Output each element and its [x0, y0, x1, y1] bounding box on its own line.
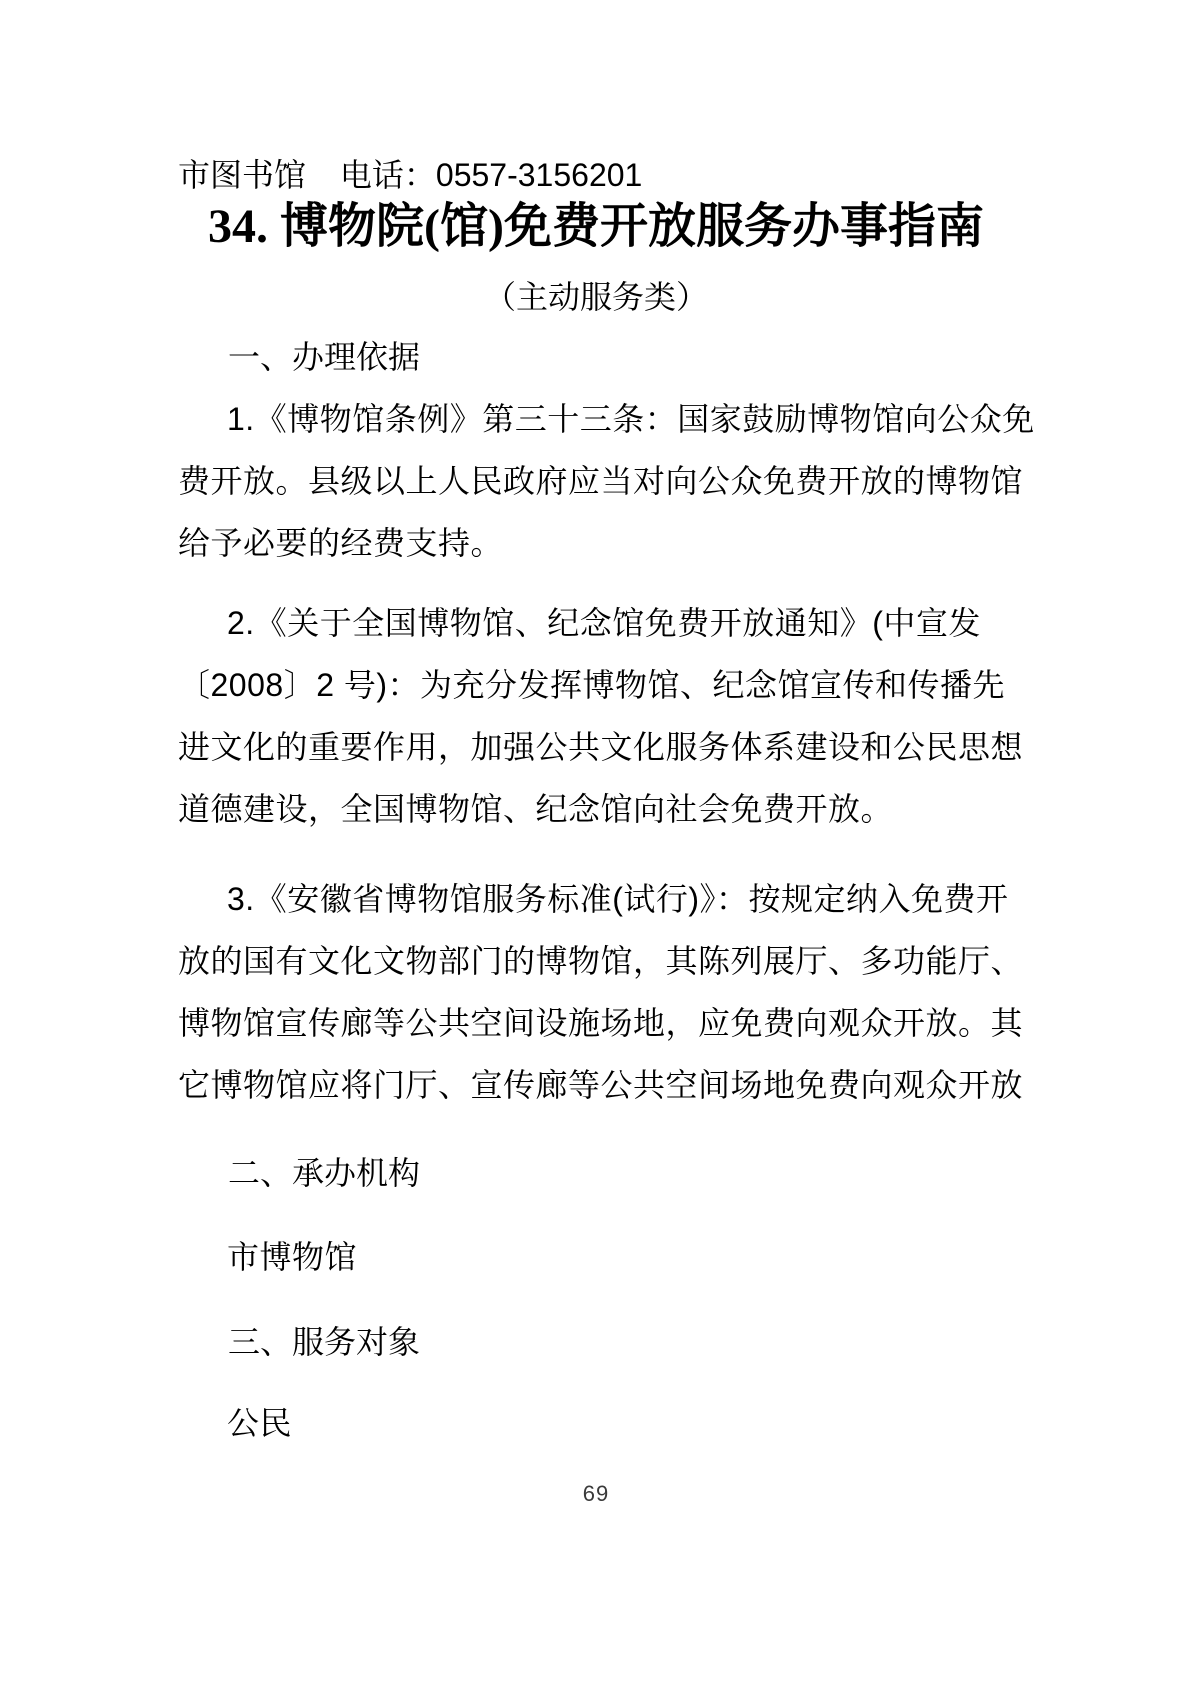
- document-subtitle: （主动服务类）: [178, 275, 1014, 319]
- paragraph-line: 它博物馆应将门厅、宣传廊等公共空间场地免费向观众开放: [178, 1054, 1014, 1116]
- section-heading-basis: 一、办理依据: [178, 326, 1014, 388]
- paragraph-line: 2.《关于全国博物馆、纪念馆免费开放通知》(中宣发: [178, 592, 1014, 654]
- contact-organization: 市图书馆: [178, 157, 306, 193]
- paragraph-regulation-3: 3.《安徽省博物馆服务标准(试行)》：按规定纳入免费开 放的国有文化文物部门的博…: [178, 868, 1014, 1116]
- paragraph-line: 费开放。县级以上人民政府应当对向公众免费开放的博物馆: [178, 450, 1014, 512]
- document-page: 市图书馆 电话：0557-3156201 34. 博物院(馆)免费开放服务办事指…: [0, 0, 1190, 1683]
- paragraph-line: 博物馆宣传廊等公共空间设施场地，应免费向观众开放。其: [178, 992, 1014, 1054]
- paragraph-line: 进文化的重要作用，加强公共文化服务体系建设和公民思想: [178, 716, 1014, 778]
- paragraph-line: 市博物馆: [178, 1226, 1014, 1288]
- contact-line: 市图书馆 电话：0557-3156201: [178, 153, 1014, 197]
- paragraph-line: 3.《安徽省博物馆服务标准(试行)》：按规定纳入免费开: [178, 868, 1014, 930]
- paragraph-line: 道德建设，全国博物馆、纪念馆向社会免费开放。: [178, 778, 1014, 840]
- page-number: 69: [178, 1479, 1014, 1509]
- paragraph-audience: 公民: [178, 1392, 1014, 1454]
- paragraph-line: 1.《博物馆条例》第三十三条：国家鼓励博物馆向公众免: [178, 388, 1014, 450]
- paragraph-line: 放的国有文化文物部门的博物馆，其陈列展厅、多功能厅、: [178, 930, 1014, 992]
- paragraph-regulation-2: 2.《关于全国博物馆、纪念馆免费开放通知》(中宣发 〔2008〕2 号)：为充分…: [178, 592, 1014, 840]
- section-heading-audience: 三、服务对象: [178, 1311, 1014, 1373]
- paragraph-regulation-1: 1.《博物馆条例》第三十三条：国家鼓励博物馆向公众免 费开放。县级以上人民政府应…: [178, 388, 1014, 574]
- section-heading-agency: 二、承办机构: [178, 1142, 1014, 1204]
- document-title: 34. 博物院(馆)免费开放服务办事指南: [178, 195, 1014, 259]
- paragraph-line: 给予必要的经费支持。: [178, 512, 1014, 574]
- paragraph-line: 〔2008〕2 号)：为充分发挥博物馆、纪念馆宣传和传播先: [178, 654, 1014, 716]
- paragraph-line: 公民: [178, 1392, 1014, 1454]
- contact-phone: 电话：0557-3156201: [340, 153, 642, 197]
- paragraph-agency: 市博物馆: [178, 1226, 1014, 1288]
